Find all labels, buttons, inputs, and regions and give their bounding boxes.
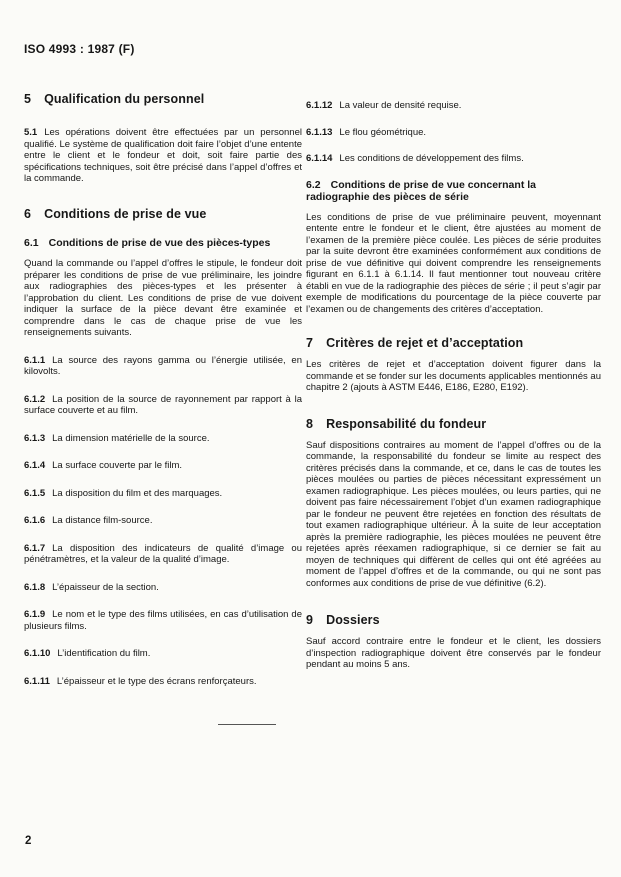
clause-6-1-13-number: 6.1.13	[306, 127, 332, 138]
section-8-title: Responsabilité du fondeur	[326, 417, 486, 431]
section-6-1-number: 6.1	[24, 237, 39, 249]
clause-6-1-intro: Quand la commande ou l’appel d’offres le…	[24, 258, 302, 339]
clause-6-1-1-number: 6.1.1	[24, 355, 45, 366]
section-7-heading: 7Critères de rejet et d’acceptation	[306, 337, 601, 350]
clause-6-1-10-text: L’identification du film.	[57, 648, 150, 659]
clause-6-1-9: 6.1.9Le nom et le type des films utilisé…	[24, 609, 302, 632]
clause-6-1-14: 6.1.14Les conditions de développement de…	[306, 153, 601, 165]
section-6-number: 6	[24, 208, 31, 221]
clause-6-1-3-number: 6.1.3	[24, 433, 45, 444]
right-column: 6.1.12La valeur de densité requise. 6.1.…	[306, 100, 601, 671]
clause-6-1-8-number: 6.1.8	[24, 582, 45, 593]
section-8-number: 8	[306, 418, 313, 431]
document-page: ISO 4993 : 1987 (F) 5Qualification du pe…	[0, 0, 621, 877]
section-5-number: 5	[24, 93, 31, 106]
clause-5-1-text: Les opérations doivent être effectuées p…	[24, 127, 302, 184]
section-6-2-heading: 6.2Conditions de prise de vue concernant…	[306, 179, 601, 204]
clause-6-1-11-number: 6.1.11	[24, 676, 50, 687]
clause-6-1-11: 6.1.11L’épaisseur et le type des écrans …	[24, 676, 302, 688]
clause-5-1-number: 5.1	[24, 127, 37, 138]
section-6-1-title: Conditions de prise de vue des pièces-ty…	[49, 237, 271, 249]
section-6-1-heading: 6.1Conditions de prise de vue des pièces…	[24, 237, 302, 250]
section-9-heading: 9Dossiers	[306, 614, 601, 627]
clause-6-1-10-number: 6.1.10	[24, 648, 50, 659]
clause-6-1-4-number: 6.1.4	[24, 460, 45, 471]
clause-6-1-5-text: La disposition du film et des marquages.	[52, 488, 222, 499]
clause-6-1-5-number: 6.1.5	[24, 488, 45, 499]
section-9-title: Dossiers	[326, 613, 380, 627]
section-9-number: 9	[306, 614, 313, 627]
clause-6-1-8: 6.1.8L’épaisseur de la section.	[24, 582, 302, 594]
clause-6-1-13-text: Le flou géométrique.	[339, 127, 426, 138]
clause-6-1-9-text: Le nom et le type des films utilisées, e…	[24, 609, 302, 632]
clause-6-1-1: 6.1.1La source des rayons gamma ou l’éne…	[24, 355, 302, 378]
section-5-title: Qualification du personnel	[44, 92, 204, 106]
clause-6-1-3: 6.1.3La dimension matérielle de la sourc…	[24, 433, 302, 445]
clause-6-1-11-text: L’épaisseur et le type des écrans renfor…	[57, 676, 257, 687]
section-7-title: Critères de rejet et d’acceptation	[326, 336, 523, 350]
footer-divider	[218, 724, 276, 725]
section-6-title: Conditions de prise de vue	[44, 207, 206, 221]
clause-6-1-5: 6.1.5La disposition du film et des marqu…	[24, 488, 302, 500]
clause-6-1-12-text: La valeur de densité requise.	[339, 100, 461, 111]
section-8-text: Sauf dispositions contraires au moment d…	[306, 440, 601, 590]
left-column: 5Qualification du personnel 5.1Les opéra…	[24, 93, 302, 687]
clause-6-1-2: 6.1.2La position de la source de rayonne…	[24, 394, 302, 417]
clause-6-1-8-text: L’épaisseur de la section.	[52, 582, 159, 593]
clause-6-2-text: Les conditions de prise de vue prélimina…	[306, 212, 601, 316]
clause-6-1-13: 6.1.13Le flou géométrique.	[306, 127, 601, 139]
page-number: 2	[25, 835, 31, 847]
clause-6-1-2-number: 6.1.2	[24, 394, 45, 405]
clause-6-1-1-text: La source des rayons gamma ou l’énergie …	[24, 355, 302, 378]
clause-6-1-14-text: Les conditions de développement des film…	[339, 153, 523, 164]
clause-6-1-4-text: La surface couverte par le film.	[52, 460, 182, 471]
section-7-text: Les critères de rejet et d’acceptation d…	[306, 359, 601, 394]
clause-6-1-12-number: 6.1.12	[306, 100, 332, 111]
section-6-heading: 6Conditions de prise de vue	[24, 208, 302, 221]
clause-6-1-6-number: 6.1.6	[24, 515, 45, 526]
clause-6-1-7-number: 6.1.7	[24, 543, 45, 554]
clause-6-1-7: 6.1.7La disposition des indicateurs de q…	[24, 543, 302, 566]
clause-6-1-6-text: La distance film-source.	[52, 515, 152, 526]
section-5-heading: 5Qualification du personnel	[24, 93, 302, 106]
section-9-text: Sauf accord contraire entre le fondeur e…	[306, 636, 601, 671]
clause-6-1-14-number: 6.1.14	[306, 153, 332, 164]
section-8-heading: 8Responsabilité du fondeur	[306, 418, 601, 431]
clause-6-1-6: 6.1.6La distance film-source.	[24, 515, 302, 527]
section-6-2-number: 6.2	[306, 179, 321, 191]
clause-6-1-7-text: La disposition des indicateurs de qualit…	[24, 543, 302, 566]
clause-6-1-4: 6.1.4La surface couverte par le film.	[24, 460, 302, 472]
clause-6-1-9-number: 6.1.9	[24, 609, 45, 620]
clause-6-1-12: 6.1.12La valeur de densité requise.	[306, 100, 601, 112]
clause-6-1-3-text: La dimension matérielle de la source.	[52, 433, 209, 444]
section-6-2-title: Conditions de prise de vue concernant la…	[306, 179, 536, 204]
page-header: ISO 4993 : 1987 (F)	[24, 42, 135, 56]
clause-6-1-2-text: La position de la source de rayonnement …	[24, 394, 302, 417]
section-7-number: 7	[306, 337, 313, 350]
clause-6-1-10: 6.1.10L’identification du film.	[24, 648, 302, 660]
clause-5-1: 5.1Les opérations doivent être effectuée…	[24, 127, 302, 185]
